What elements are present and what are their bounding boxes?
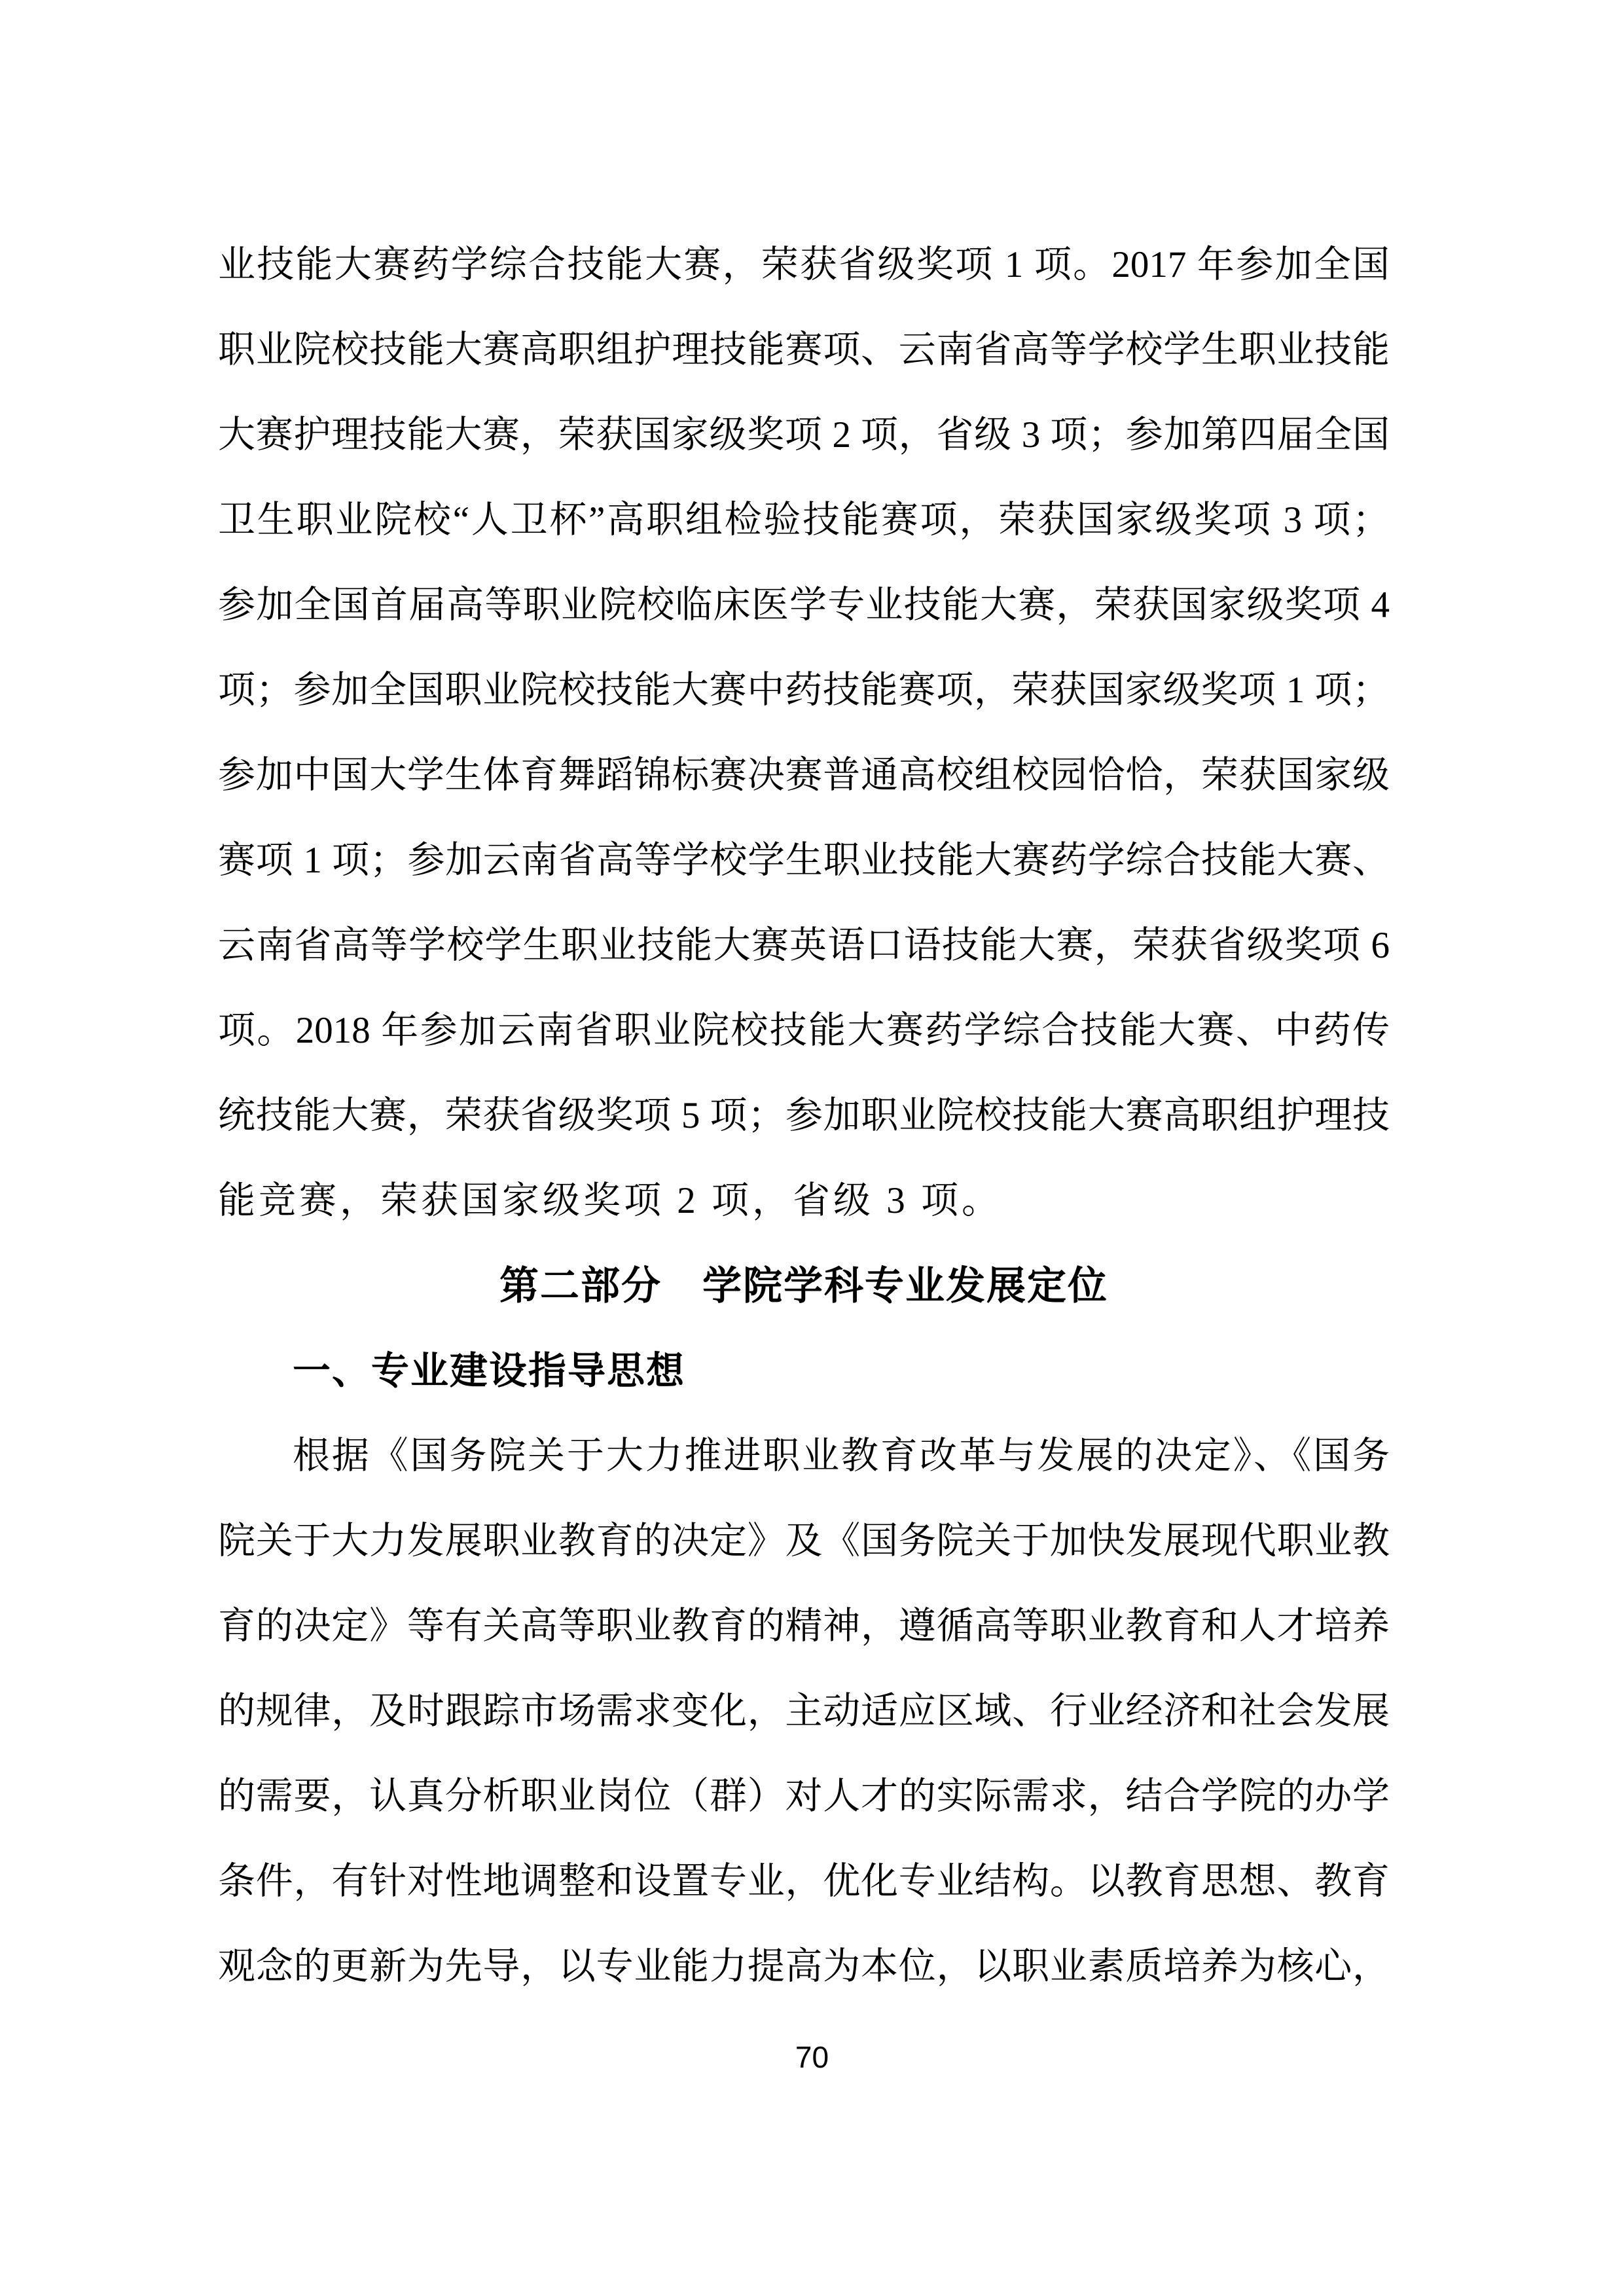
paragraph2-line: 的需要，认真分析职业岗位（群）对人才的实际需求，结合学院的办学 [218, 1754, 1390, 1839]
page-number: 70 [0, 2041, 1624, 2073]
section-heading: 第二部分 学院学科专业发展定位 [218, 1244, 1390, 1329]
paragraph2-line: 的规律，及时跟踪市场需求变化，主动适应区域、行业经济和社会发展 [218, 1669, 1390, 1754]
paragraph2-line: 育的决定》等有关高等职业教育的精神，遵循高等职业教育和人才培养 [218, 1584, 1390, 1669]
paragraph1-line: 项；参加全国职业院校技能大赛中药技能赛项，荣获国家级奖项 1 项； [218, 648, 1390, 733]
paragraph1-line: 职业院校技能大赛高职组护理技能赛项、云南省高等学校学生职业技能 [218, 308, 1390, 393]
paragraph1-line: 项。2018 年参加云南省职业院校技能大赛药学综合技能大赛、中药传 [218, 988, 1390, 1073]
paragraph2-line: 院关于大力发展职业教育的决定》及《国务院关于加快发展现代职业教 [218, 1499, 1390, 1584]
paragraph1-line: 统技能大赛，荣获省级奖项 5 项；参加职业院校技能大赛高职组护理技 [218, 1073, 1390, 1158]
paragraph2-line: 观念的更新为先导，以专业能力提高为本位，以职业素质培养为核心， [218, 1924, 1390, 2009]
document-page: 业技能大赛药学综合技能大赛，荣获省级奖项 1 项。2017 年参加全国 职业院校… [0, 0, 1624, 2296]
paragraph2-line: 条件，有针对性地调整和设置专业，优化专业结构。以教育思想、教育 [218, 1839, 1390, 1924]
paragraph1-line: 赛项 1 项；参加云南省高等学校学生职业技能大赛药学综合技能大赛、 [218, 818, 1390, 903]
paragraph1-line: 云南省高等学校学生职业技能大赛英语口语技能大赛，荣获省级奖项 6 [218, 903, 1390, 988]
text-block: 业技能大赛药学综合技能大赛，荣获省级奖项 1 项。2017 年参加全国 职业院校… [218, 223, 1390, 2009]
paragraph1-line: 参加全国首届高等职业院校临床医学专业技能大赛，荣获国家级奖项 4 [218, 563, 1390, 648]
paragraph1-last-line: 能竞赛，荣获国家级奖项 2 项，省级 3 项。 [218, 1158, 1390, 1244]
paragraph1-line: 参加中国大学生体育舞蹈锦标赛决赛普通高校组校园恰恰，荣获国家级 [218, 733, 1390, 818]
paragraph2-line: 根据《国务院关于大力推进职业教育改革与发展的决定》、《国务 [218, 1414, 1390, 1499]
sub-heading: 一、专业建设指导思想 [218, 1329, 1390, 1414]
paragraph1-line: 大赛护理技能大赛，荣获国家级奖项 2 项，省级 3 项；参加第四届全国 [218, 393, 1390, 478]
paragraph1-line: 卫生职业院校“人卫杯”高职组检验技能赛项，荣获国家级奖项 3 项； [218, 478, 1390, 563]
paragraph1-line: 业技能大赛药学综合技能大赛，荣获省级奖项 1 项。2017 年参加全国 [218, 223, 1390, 308]
